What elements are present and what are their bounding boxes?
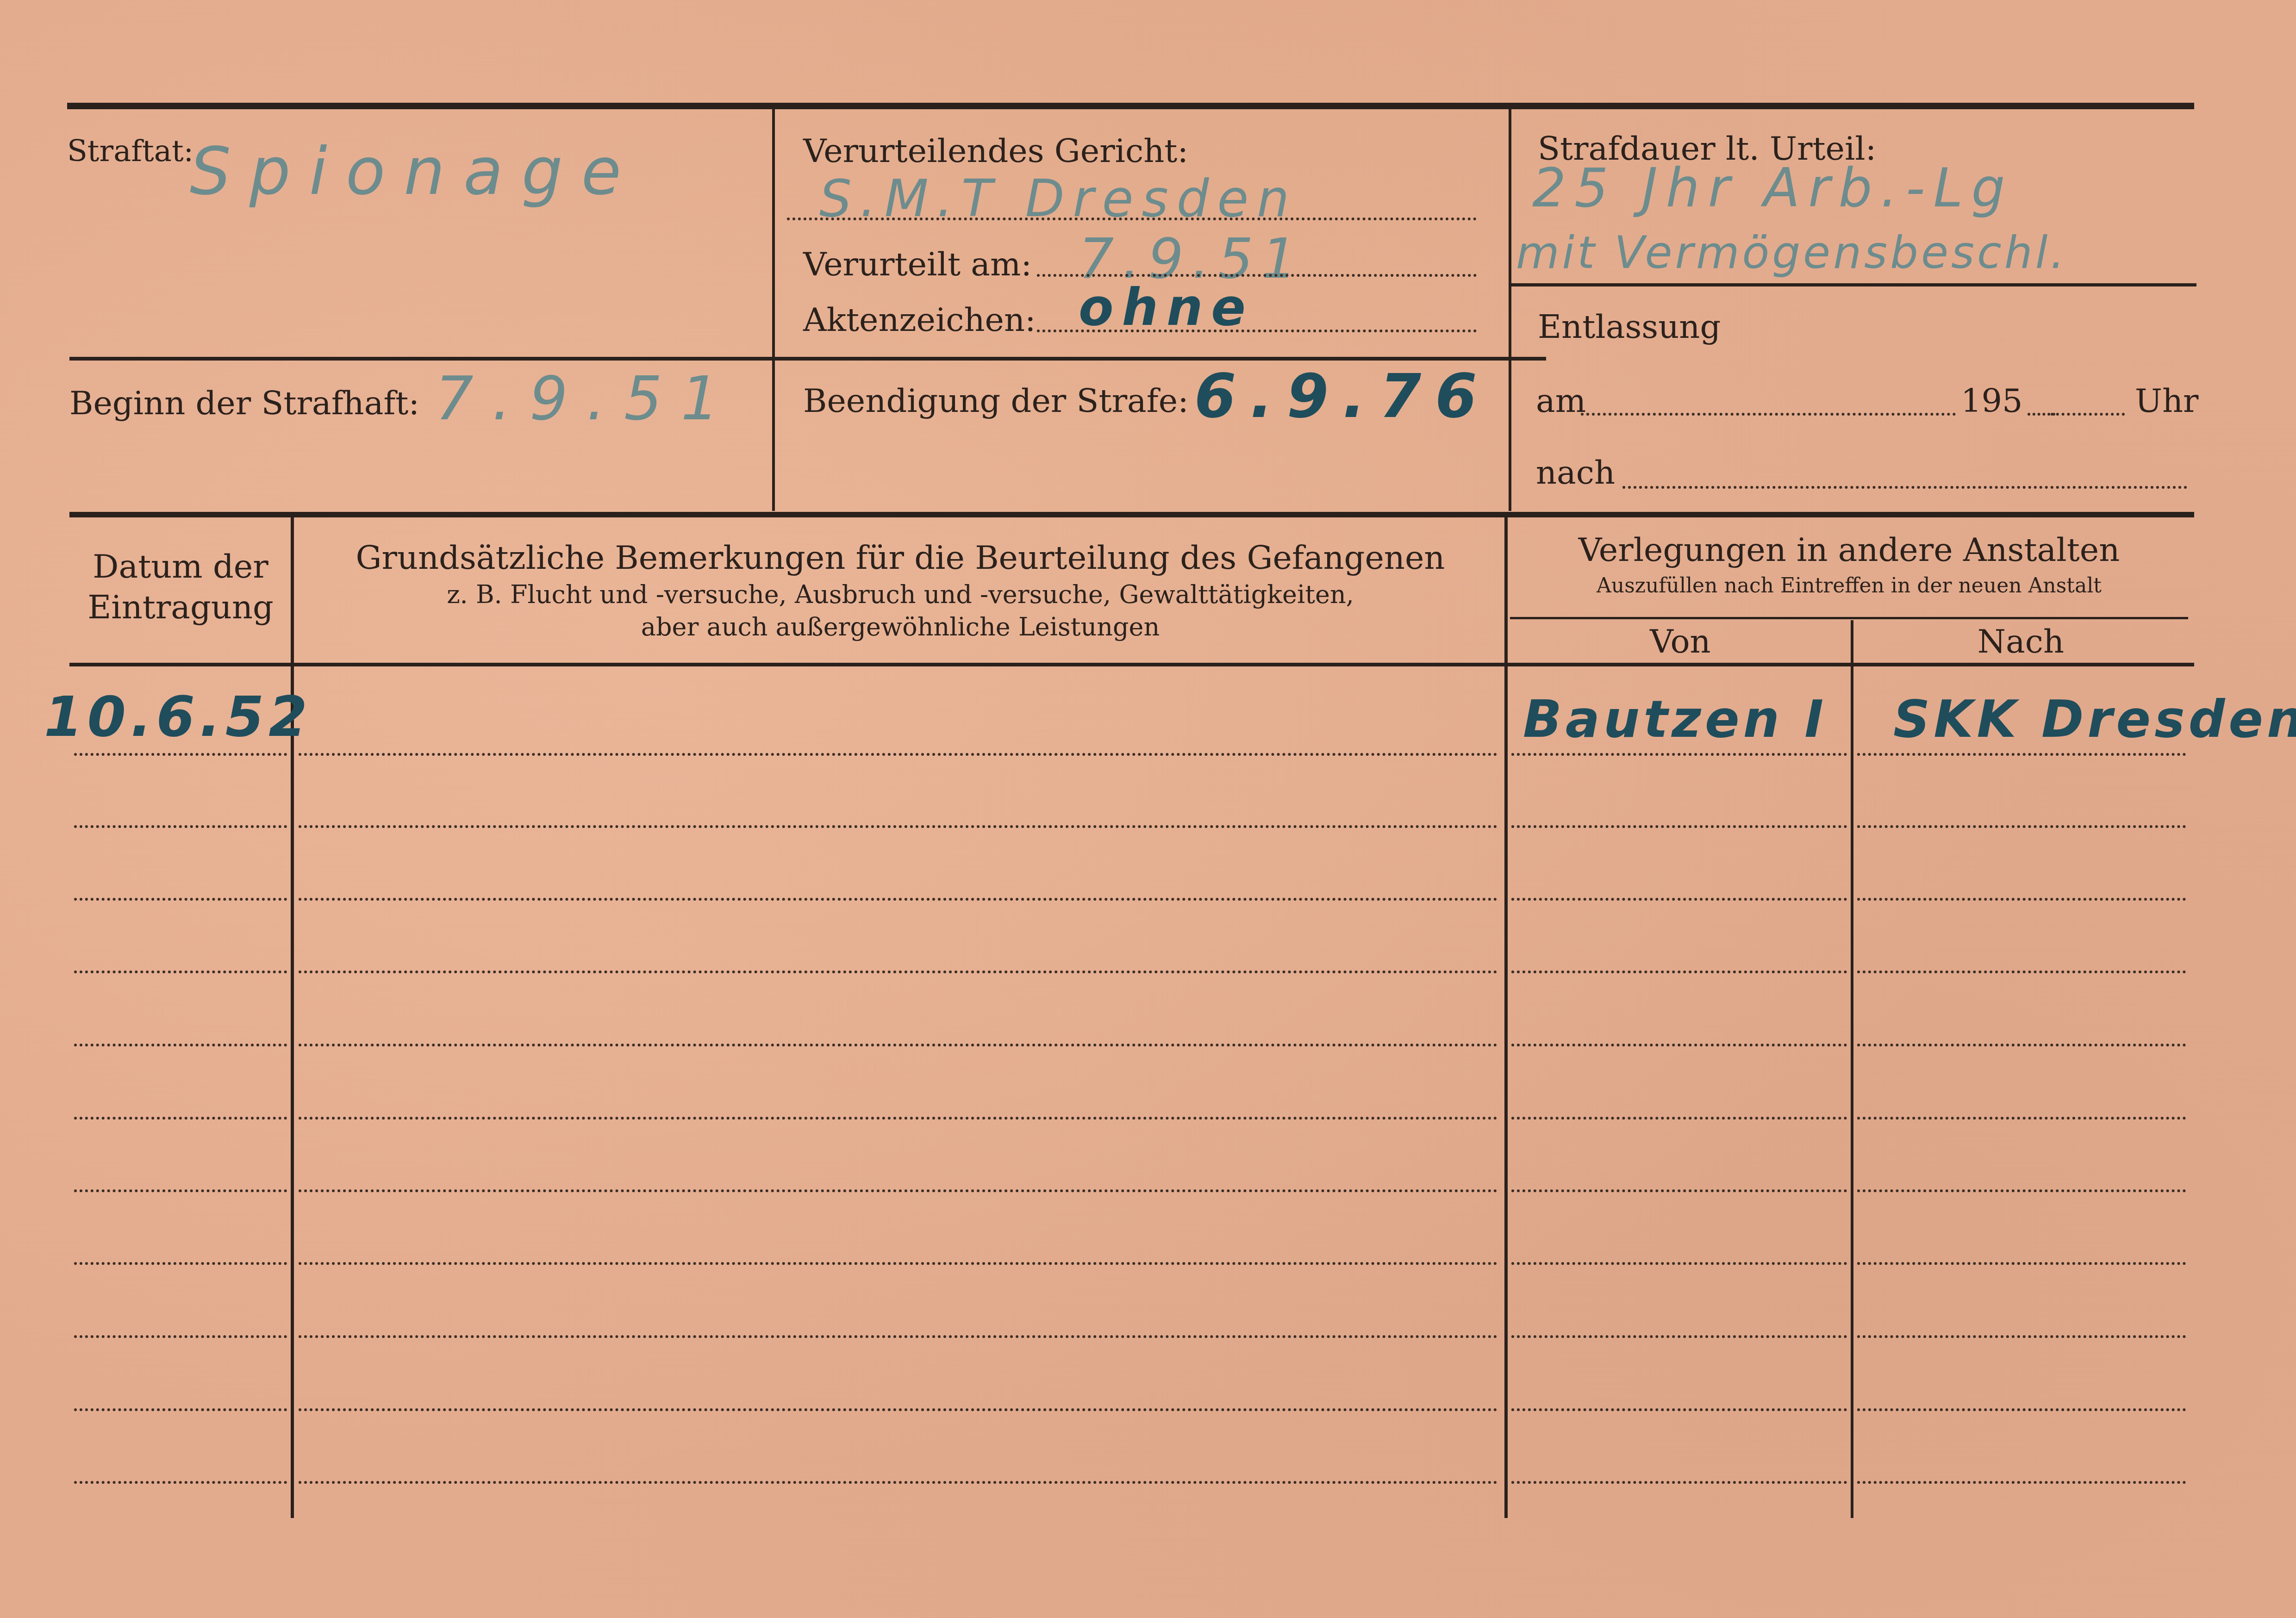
row-line-2-date bbox=[74, 825, 287, 828]
row-line-6-to bbox=[1857, 1117, 2186, 1120]
file-number-dotted-line bbox=[1037, 330, 1477, 332]
row-line-5-from bbox=[1511, 1044, 1847, 1046]
table-vrule-date bbox=[291, 516, 294, 1518]
row-line-6-date bbox=[74, 1117, 287, 1120]
top-vrule-2 bbox=[1509, 106, 1511, 511]
row-line-2-remarks bbox=[299, 825, 1497, 828]
table-top-rule bbox=[69, 512, 2194, 517]
row-1-date: 10.6.52 bbox=[44, 685, 312, 749]
row-line-2-to bbox=[1857, 825, 2186, 828]
row-line-5-remarks bbox=[299, 1044, 1497, 1046]
file-number-value: ohne bbox=[1079, 278, 1254, 337]
court-dotted-line bbox=[787, 218, 1477, 220]
row-line-5-date bbox=[74, 1044, 287, 1046]
row-line-6-remarks bbox=[299, 1117, 1497, 1120]
detention-start-label: Beginn der Strafhaft: bbox=[69, 384, 419, 422]
table-vrule-transfers bbox=[1504, 516, 1508, 1518]
from-column-header: Von bbox=[1510, 622, 1851, 660]
remarks-header-sub-2: aber auch außergewöhnliche Leistungen bbox=[296, 611, 1504, 643]
row-line-5-to bbox=[1857, 1044, 2186, 1046]
row-line-3-remarks bbox=[299, 898, 1497, 901]
transfers-header-sub: Auszufüllen nach Eintreffen in der neuen… bbox=[1510, 572, 2188, 600]
row-line-10-date bbox=[74, 1408, 287, 1411]
transfers-header-title: Verlegungen in andere Anstalten bbox=[1510, 528, 2188, 572]
sentenced-on-dotted-line bbox=[1037, 274, 1477, 277]
transfers-sub-rule bbox=[1510, 617, 2188, 619]
row-line-6-from bbox=[1511, 1117, 1847, 1120]
row-line-2-from bbox=[1511, 825, 1847, 828]
row-line-10-from bbox=[1511, 1408, 1847, 1411]
row-line-10-to bbox=[1857, 1408, 2186, 1411]
offense-value: Spionage bbox=[190, 134, 640, 210]
release-time-dotted-line bbox=[2051, 413, 2125, 416]
row-line-3-to bbox=[1857, 898, 2186, 901]
row-line-3-from bbox=[1511, 898, 1847, 901]
table-header-bottom-rule bbox=[69, 663, 2194, 666]
row-line-8-from bbox=[1511, 1262, 1847, 1265]
row-line-11-remarks bbox=[299, 1481, 1497, 1484]
remarks-header-title: Grundsätzliche Bemerkungen für die Beurt… bbox=[296, 537, 1504, 579]
release-to-dotted-line bbox=[1622, 486, 2187, 489]
detention-start-value: 7.9.51 bbox=[435, 363, 738, 434]
sentence-end-label: Beendigung der Strafe: bbox=[803, 382, 1189, 420]
row-line-7-from bbox=[1511, 1189, 1847, 1192]
row-line-7-to bbox=[1857, 1189, 2186, 1192]
offense-label: Straftat: bbox=[67, 134, 193, 168]
row-line-11-to bbox=[1857, 1481, 2186, 1484]
remarks-header-sub-1: z. B. Flucht und -versuche, Ausbruch und… bbox=[296, 579, 1504, 611]
to-column-header: Nach bbox=[1853, 622, 2188, 660]
row-line-1-to bbox=[1857, 753, 2186, 756]
remarks-column-header: Grundsätzliche Bemerkungen für die Beurt… bbox=[296, 537, 1504, 643]
release-year-prefix: 195 bbox=[1961, 382, 2023, 420]
row-1-to: SKK Dresden bbox=[1893, 690, 2296, 749]
top-vrule-1 bbox=[772, 106, 775, 511]
row-line-7-date bbox=[74, 1189, 287, 1192]
row-line-11-from bbox=[1511, 1481, 1847, 1484]
row-line-4-to bbox=[1857, 971, 2186, 973]
row-1-from: Bautzen I bbox=[1523, 690, 1827, 749]
row-line-4-remarks bbox=[299, 971, 1497, 973]
sentence-line-1: 25 Jhr Arb.-Lg bbox=[1532, 157, 2014, 219]
row-line-9-date bbox=[74, 1335, 287, 1338]
sentence-line-2: mit Vermögensbeschl. bbox=[1516, 227, 2067, 279]
row-line-11-date bbox=[74, 1481, 287, 1484]
row-line-8-to bbox=[1857, 1262, 2186, 1265]
release-time-label: Uhr bbox=[2135, 382, 2199, 420]
row-line-9-to bbox=[1857, 1335, 2186, 1338]
row-line-1-from bbox=[1511, 753, 1847, 756]
row-line-4-from bbox=[1511, 971, 1847, 973]
release-on-label: am bbox=[1536, 382, 1586, 420]
prisoner-record-card: Straftat: Spionage Verurteilendes Gerich… bbox=[0, 0, 2296, 1618]
row-line-8-remarks bbox=[299, 1262, 1497, 1265]
file-number-label: Aktenzeichen: bbox=[803, 301, 1036, 339]
sentence-underline-rule bbox=[1511, 283, 2196, 286]
row-line-10-remarks bbox=[299, 1408, 1497, 1411]
section-rule-left bbox=[69, 357, 1546, 361]
sentenced-on-label: Verurteilt am: bbox=[803, 245, 1032, 283]
top-rule bbox=[67, 103, 2194, 109]
date-column-header: Datum der Eintragung bbox=[74, 546, 287, 628]
row-line-3-date bbox=[74, 898, 287, 901]
date-header-line-2: Eintragung bbox=[74, 587, 287, 628]
table-vrule-from-to bbox=[1851, 620, 1853, 1518]
release-label: Entlassung bbox=[1538, 308, 1721, 346]
row-line-8-date bbox=[74, 1262, 287, 1265]
release-date-dotted-line bbox=[1581, 413, 1956, 416]
row-line-1-date bbox=[74, 753, 287, 756]
row-line-7-remarks bbox=[299, 1189, 1497, 1192]
row-line-9-from bbox=[1511, 1335, 1847, 1338]
row-line-1-remarks bbox=[299, 753, 1497, 756]
release-to-label: nach bbox=[1536, 454, 1615, 492]
transfers-column-header: Verlegungen in andere Anstalten Auszufül… bbox=[1510, 528, 2188, 600]
court-label: Verurteilendes Gericht: bbox=[803, 132, 1188, 170]
date-header-line-1: Datum der bbox=[74, 546, 287, 587]
sentence-end-value: 6.9.76 bbox=[1194, 361, 1491, 431]
row-line-9-remarks bbox=[299, 1335, 1497, 1338]
row-line-4-date bbox=[74, 971, 287, 973]
